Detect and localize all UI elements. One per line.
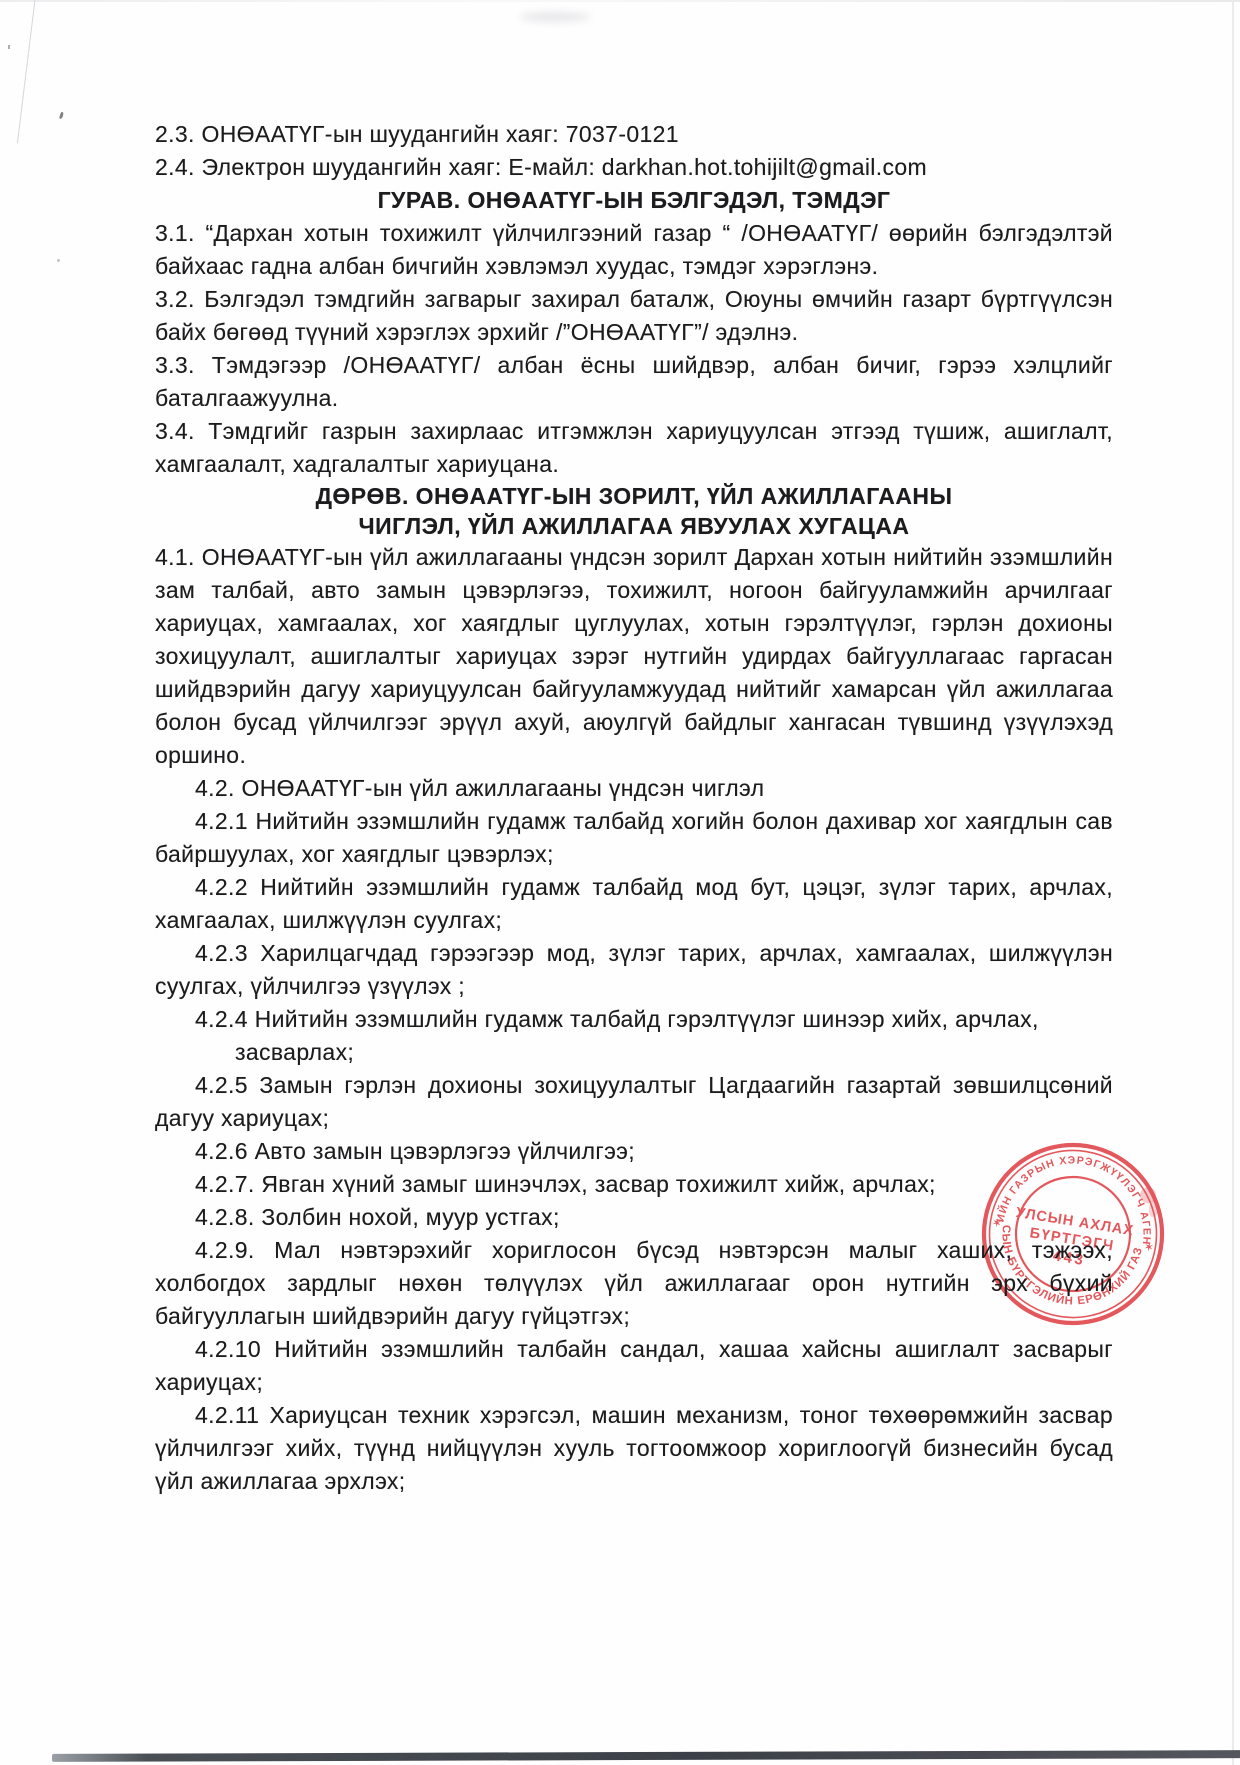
clause-4-2: 4.2. ОНӨААТҮГ-ын үйл ажиллагааны үндсэн … <box>155 772 1113 805</box>
clause-4-2-1: 4.2.1 Нийтийн эзэмшлийн гудамж талбайд х… <box>155 805 1113 871</box>
scanned-document-page: ЗАСГИЙН ГАЗРЫН ХЭРЭГЖҮҮЛЭГЧ АГЕНТЛАГ УЛС… <box>0 0 1240 1765</box>
scan-top-edge <box>0 0 1240 2</box>
clause-3-1: 3.1. “Дархан хотын тохижилт үйлчилгээний… <box>155 217 1113 283</box>
clause-4-2-5: 4.2.5 Замын гэрлэн дохионы зохицуулалтыг… <box>155 1069 1113 1135</box>
scan-bottom-edge-bar <box>52 1750 1240 1762</box>
clause-4-1: 4.1. ОНӨААТҮГ-ын үйл ажиллагааны үндсэн … <box>155 541 1113 772</box>
chapter-4-heading-line1: ДӨРӨВ. ОНӨААТҮГ-ЫН ЗОРИЛТ, ҮЙЛ АЖИЛЛАГАА… <box>316 483 953 509</box>
clause-4-2-11: 4.2.11 Хариуцсан техник хэрэгсэл, машин … <box>155 1399 1113 1498</box>
scan-smudge <box>520 12 590 22</box>
clause-3-3: 3.3. Тэмдэгээр /ОНӨААТҮГ/ албан ёсны ший… <box>155 349 1113 415</box>
clause-4-2-7: 4.2.7. Явган хүний замыг шинэчлэх, засва… <box>155 1168 1113 1201</box>
clause-4-2-10: 4.2.10 Нийтийн эзэмшлийн талбайн сандал,… <box>155 1333 1113 1399</box>
scan-right-edge <box>1232 0 1234 1765</box>
clause-3-2: 3.2. Бэлгэдэл тэмдгийн загварыг захирал … <box>155 283 1113 349</box>
scan-speck <box>8 45 10 49</box>
clause-3-4: 3.4. Тэмдгийг газрын захирлаас итгэмжлэн… <box>155 415 1113 481</box>
clause-4-2-4-line2: засварлах; <box>155 1036 354 1069</box>
clause-4-2-9: 4.2.9. Мал нэвтэрэхийг хориглосон бүсэд … <box>155 1234 1113 1333</box>
clause-4-2-3: 4.2.3 Харилцагчдад гэрээгээр мод, зүлэг … <box>155 937 1113 1003</box>
stamp-star-right-icon: ✶ <box>1143 1239 1155 1254</box>
chapter-3-heading: ГУРАВ. ОНӨААТҮГ-ЫН БЭЛГЭДЭЛ, ТЭМДЭГ <box>155 184 1113 217</box>
clause-2-4: 2.4. Электрон шуудангийн хаяг: Е-майл: d… <box>155 151 1113 184</box>
chapter-4-heading: ДӨРӨВ. ОНӨААТҮГ-ЫН ЗОРИЛТ, ҮЙЛ АЖИЛЛАГАА… <box>155 481 1113 541</box>
clause-4-2-4-line1: 4.2.4 Нийтийн эзэмшлийн гудамж талбайд г… <box>195 1006 1039 1032</box>
clause-2-3: 2.3. ОНӨААТҮГ-ын шуудангийн хаяг: 7037-0… <box>155 118 1113 151</box>
scan-speck <box>57 259 60 262</box>
clause-4-2-8: 4.2.8. Золбин нохой, муур устгах; <box>155 1201 1113 1234</box>
clause-4-2-2: 4.2.2 Нийтийн эзэмшлийн гудамж талбайд м… <box>155 871 1113 937</box>
scan-speck <box>59 112 64 120</box>
scan-fold-line <box>17 0 36 144</box>
chapter-4-heading-line2: ЧИГЛЭЛ, ҮЙЛ АЖИЛЛАГАА ЯВУУЛАХ ХУГАЦАА <box>359 513 910 539</box>
clause-4-2-6: 4.2.6 Авто замын цэвэрлэгээ үйлчилгээ; <box>155 1135 1113 1168</box>
document-body: 2.3. ОНӨААТҮГ-ын шуудангийн хаяг: 7037-0… <box>155 118 1113 1498</box>
clause-4-2-4: 4.2.4 Нийтийн эзэмшлийн гудамж талбайд г… <box>155 1003 1113 1069</box>
